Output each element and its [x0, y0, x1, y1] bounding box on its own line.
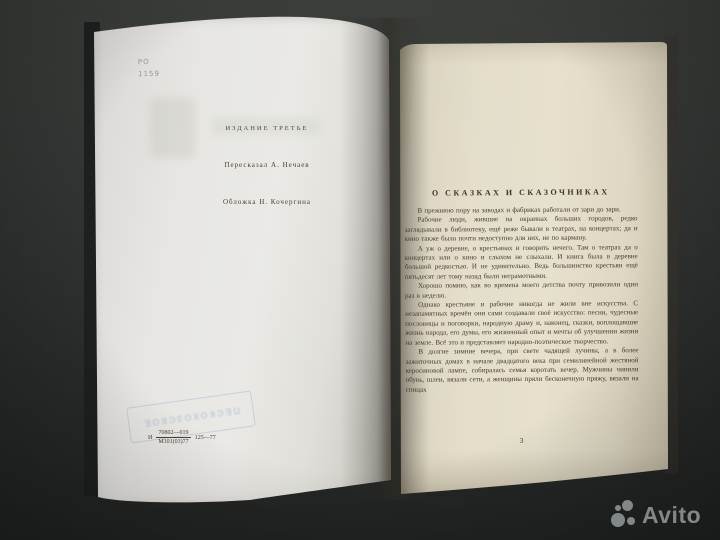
pencil-inventory-note: РО 1159: [138, 56, 160, 80]
colophon-prefix: И: [148, 435, 152, 441]
body-text: В прежнюю пору на заводах и фабриках раб…: [404, 205, 638, 395]
pencil-note-line2: 1159: [138, 68, 160, 80]
retold-by-line: Пересказал А. Нечаев: [192, 161, 342, 169]
chapter-text-block: О СКАЗКАХ И СКАЗОЧНИКАХ В прежнюю пору н…: [404, 187, 638, 395]
colophon-fraction: 70802—019 М101(03)77: [156, 429, 190, 446]
pencil-note-line1: РО: [138, 56, 160, 68]
body-paragraph: Однако крестьяне и рабочие никогда не жи…: [405, 299, 638, 348]
colophon-numerator: 70802—019: [156, 429, 190, 438]
body-paragraph: Рабочие люди, жившие на окраинах больших…: [404, 215, 637, 245]
cover-artist-line: Обложка Н. Кочергина: [188, 198, 346, 206]
chapter-heading: О СКАЗКАХ И СКАЗОЧНИКАХ: [404, 187, 637, 198]
colophon-suffix: 125—77: [195, 435, 216, 441]
avito-wordmark: Avito: [642, 502, 701, 529]
edition-line: ИЗДАНИЕ ТРЕТЬЕ: [192, 125, 342, 132]
library-stamp-text: ПЕСКОХОЗСКОЕ: [142, 405, 241, 429]
show-through-ghost-text: [150, 98, 195, 158]
colophon-index: И 70802—019 М101(03)77 125—77: [148, 429, 216, 446]
page-number: 3: [405, 436, 638, 445]
body-paragraph: В долгие зимние вечера, при свете чадяще…: [405, 346, 638, 395]
avito-watermark: Avito: [611, 500, 701, 530]
body-paragraph: А уж о деревне, о крестьянах и говорить …: [405, 243, 638, 282]
colophon-denominator: М101(03)77: [156, 438, 190, 446]
avito-logo-icon: [611, 500, 637, 530]
body-paragraph: Хорошо помню, как во времена моего детст…: [405, 280, 638, 300]
